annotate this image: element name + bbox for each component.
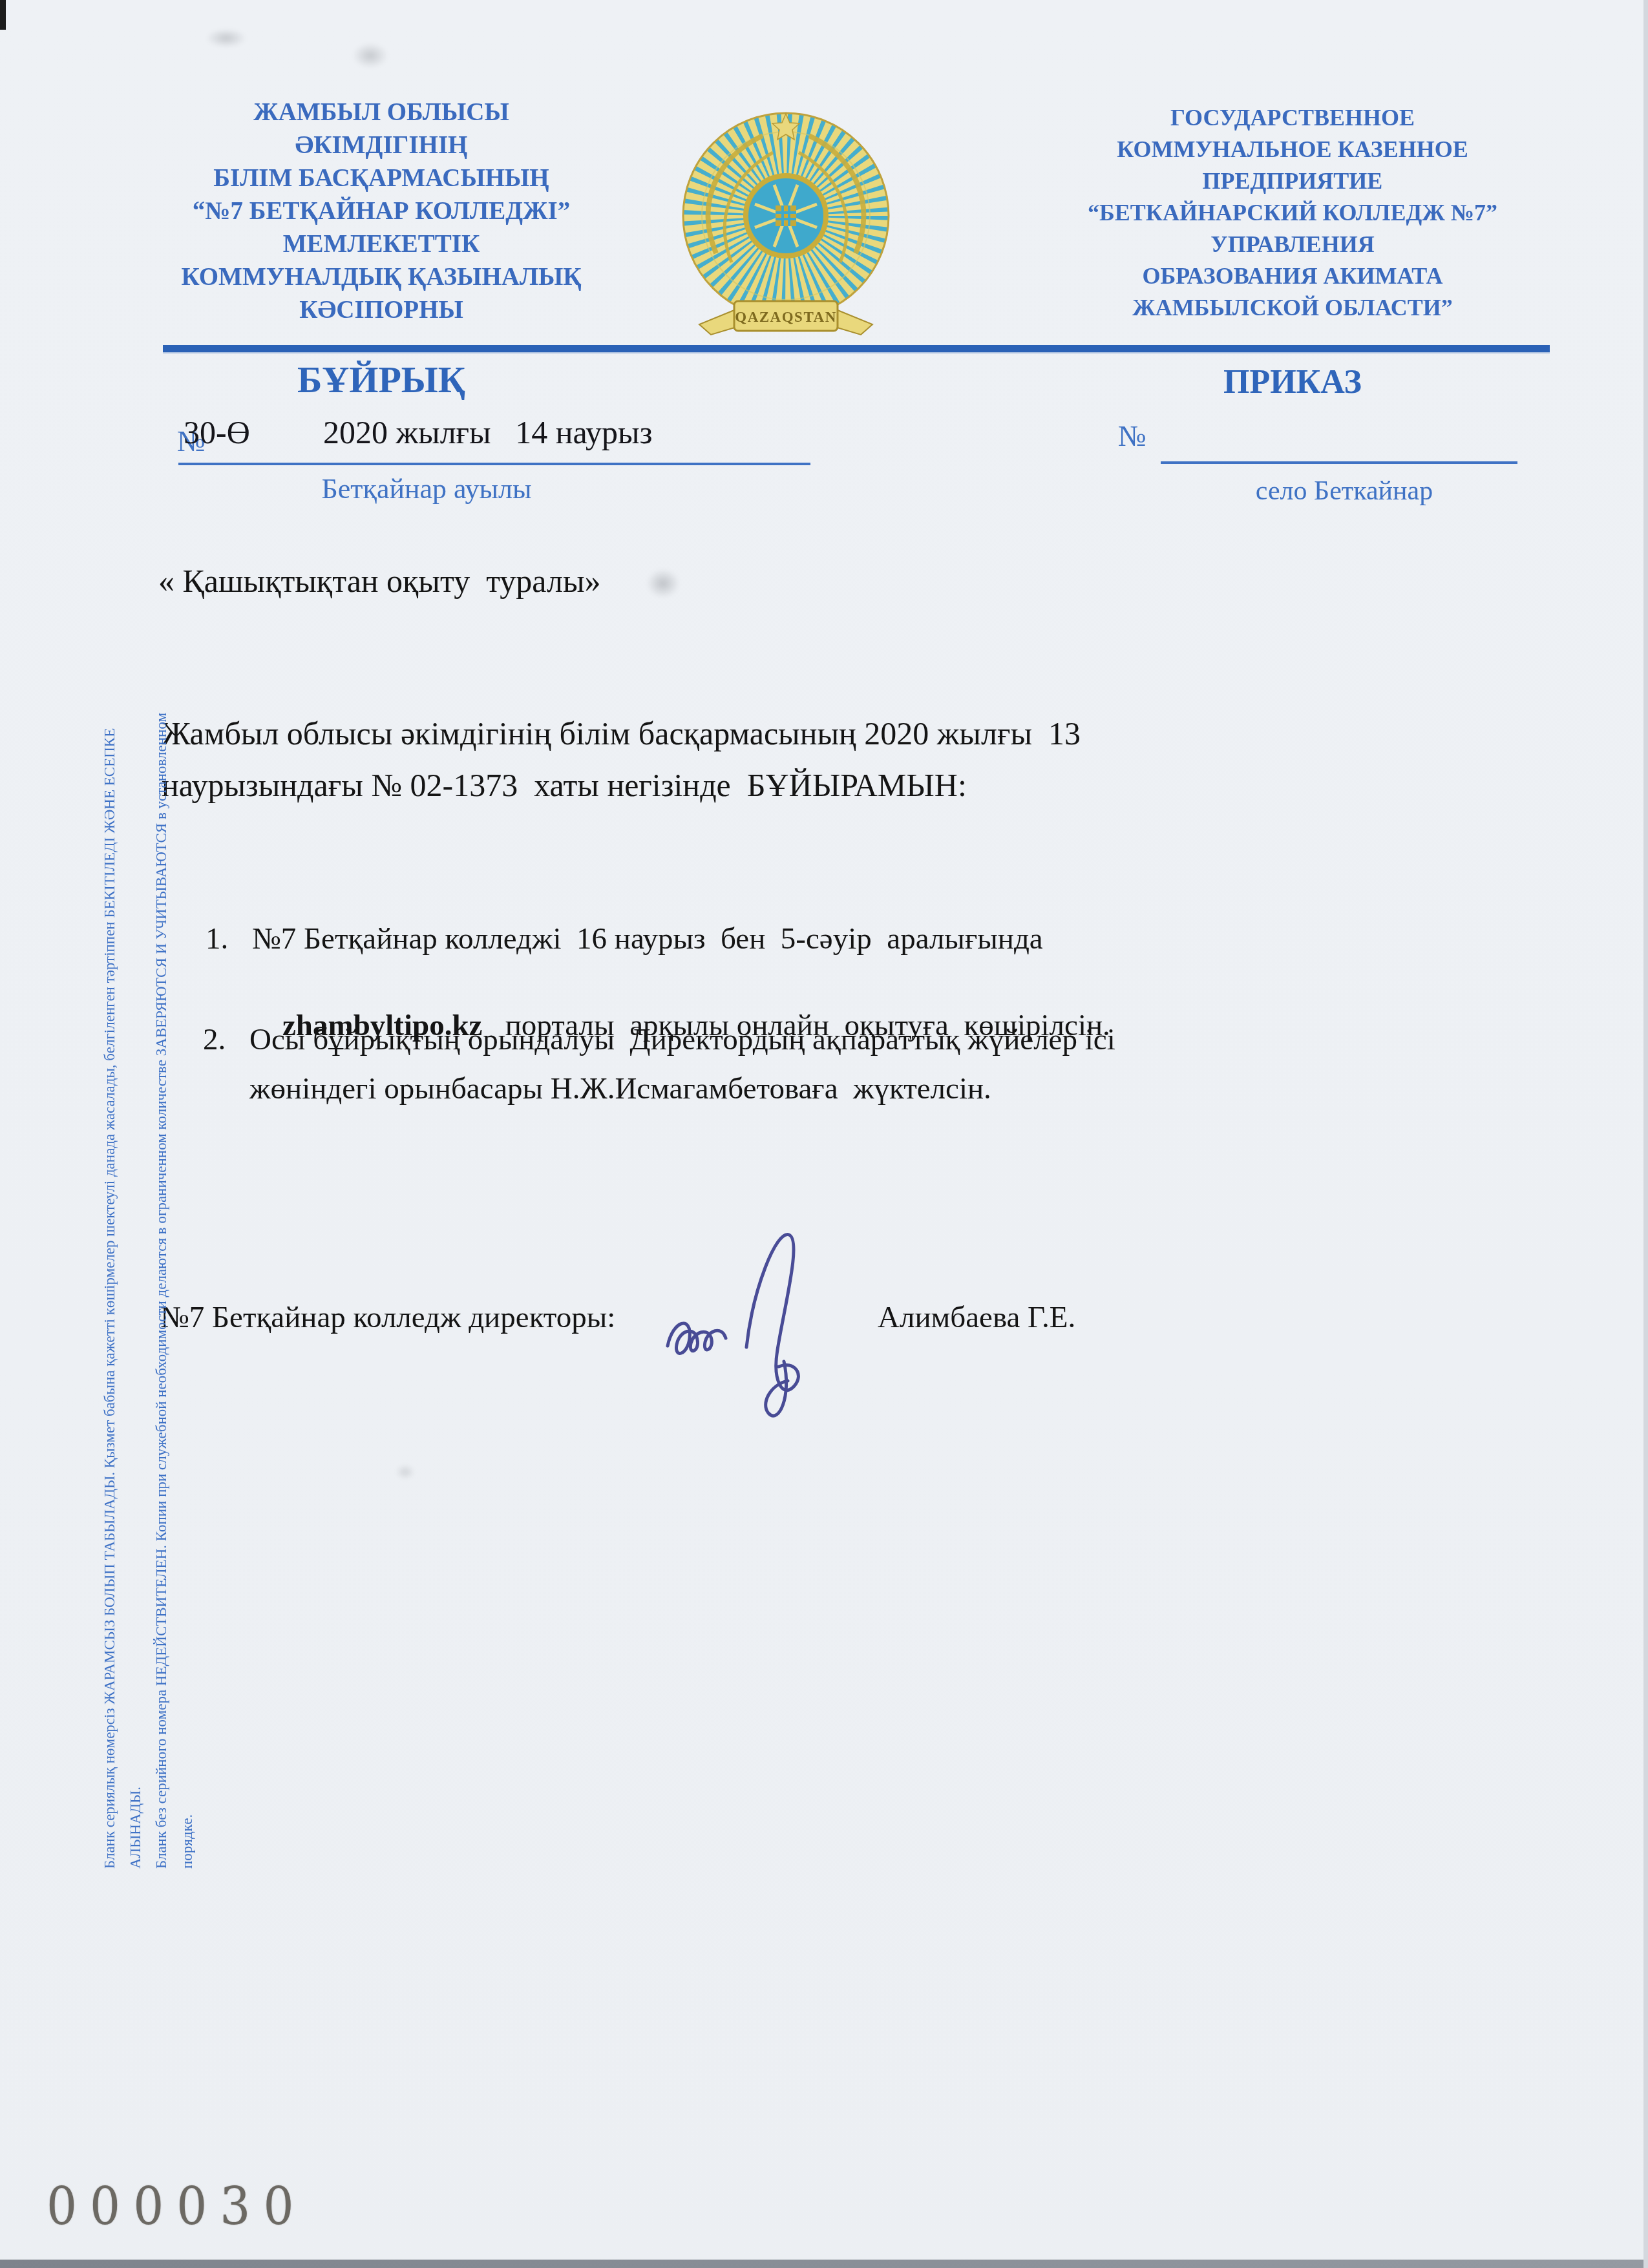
scan-smudge — [206, 28, 247, 48]
signature-ink — [650, 1212, 876, 1438]
scan-smudge — [352, 43, 388, 68]
signatory-name: Алимбаева Г.Е. — [878, 1300, 1075, 1335]
blank-validity-note: Бланк сериялық нөмерсіз ЖАРАМСЫЗ БОЛЫП Т… — [97, 660, 200, 1869]
org-line: УПРАВЛЕНИЯ — [1015, 229, 1570, 260]
number-date-underline — [178, 463, 810, 465]
org-line: МЕМЛЕКЕТТІК — [136, 227, 627, 260]
org-line: ОБРАЗОВАНИЯ АКИМАТА — [1015, 260, 1570, 292]
scan-bottom-edge — [0, 2260, 1648, 2268]
order-date: 2020 жылғы 14 наурыз — [323, 414, 652, 451]
org-line: ӘКІМДІГІНІҢ — [136, 129, 627, 162]
scanned-order-page: ЖАМБЫЛ ОБЛЫСЫ ӘКІМДІГІНІҢ БІЛІМ БАСҚАРМА… — [0, 0, 1648, 2268]
order-number-value: 30-Ө — [184, 414, 250, 451]
org-name-russian: ГОСУДАРСТВЕННОЕ КОММУНАЛЬНОЕ КАЗЕННОЕ ПР… — [1015, 102, 1570, 324]
order-title-russian: ПРИКАЗ — [1015, 363, 1570, 401]
org-line: ЖАМБЫЛСКОЙ ОБЛАСТИ” — [1015, 292, 1570, 324]
signature-label: №7 Бетқайнар колледж директоры: — [160, 1300, 615, 1335]
scan-smudge — [396, 1464, 415, 1480]
intro-line: Жамбыл облысы әкімдігінің білім басқарма… — [162, 715, 1081, 752]
header-divider — [163, 345, 1550, 352]
intro-line: наурызындағы № 02-1373 хаты негізінде БҰ… — [162, 766, 967, 804]
org-line: КӘСІПОРНЫ — [136, 293, 627, 326]
org-line: КОММУНАЛДЫҚ ҚАЗЫНАЛЫҚ — [136, 260, 627, 293]
pencil-smudge — [646, 569, 680, 598]
place-kazakh: Бетқайнар ауылы — [181, 472, 672, 505]
org-line: “№7 БЕТҚАЙНАР КОЛЛЕДЖІ” — [136, 194, 627, 227]
org-line: КОММУНАЛЬНОЕ КАЗЕННОЕ — [1015, 134, 1570, 165]
org-line: ЖАМБЫЛ ОБЛЫСЫ — [136, 96, 627, 129]
order-number-symbol-russian: № — [1118, 419, 1146, 453]
org-name-kazakh: ЖАМБЫЛ ОБЛЫСЫ ӘКІМДІГІНІҢ БІЛІМ БАСҚАРМА… — [136, 96, 627, 326]
blank-validity-note-russian: Бланк без серийного номера НЕДЕЙСТВИТЕЛЕ… — [149, 660, 200, 1869]
blank-validity-note-kazakh: Бланк сериялық нөмерсіз ЖАРАМСЫЗ БОЛЫП Т… — [97, 660, 149, 1869]
scan-corner-artifact — [0, 0, 6, 30]
org-line: ГОСУДАРСТВЕННОЕ — [1015, 102, 1570, 134]
order-subject: « Қашықтықтан оқыту туралы» — [158, 562, 601, 600]
number-underline-russian — [1161, 461, 1517, 464]
org-line: БІЛІМ БАСҚАРМАСЫНЫҢ — [136, 162, 627, 194]
list-item-line: жөніндегі орынбасары Н.Ж.Исмагамбетоваға… — [249, 1071, 991, 1106]
org-line: “БЕТКАЙНАРСКИЙ КОЛЛЕДЖ №7” — [1015, 197, 1570, 229]
list-item-line: №7 Бетқайнар колледжі 16 наурыз бен 5-сә… — [252, 921, 1043, 956]
place-russian: село Беткайнар — [1099, 476, 1590, 507]
list-marker: 1. — [206, 921, 228, 956]
list-marker: 2. — [203, 1022, 226, 1057]
kazakhstan-emblem-icon: QAZAQSTAN — [677, 107, 894, 355]
list-item-line: Осы бұйрықтың орындалуы Директордың ақпа… — [249, 1022, 1115, 1057]
order-title-kazakh: БҰЙРЫҚ — [136, 358, 627, 401]
serial-number-stamp: 000030 — [47, 2177, 307, 2237]
scan-right-edge — [1643, 0, 1648, 2268]
org-line: ПРЕДПРИЯТИЕ — [1015, 165, 1570, 197]
emblem-caption: QAZAQSTAN — [735, 309, 837, 325]
